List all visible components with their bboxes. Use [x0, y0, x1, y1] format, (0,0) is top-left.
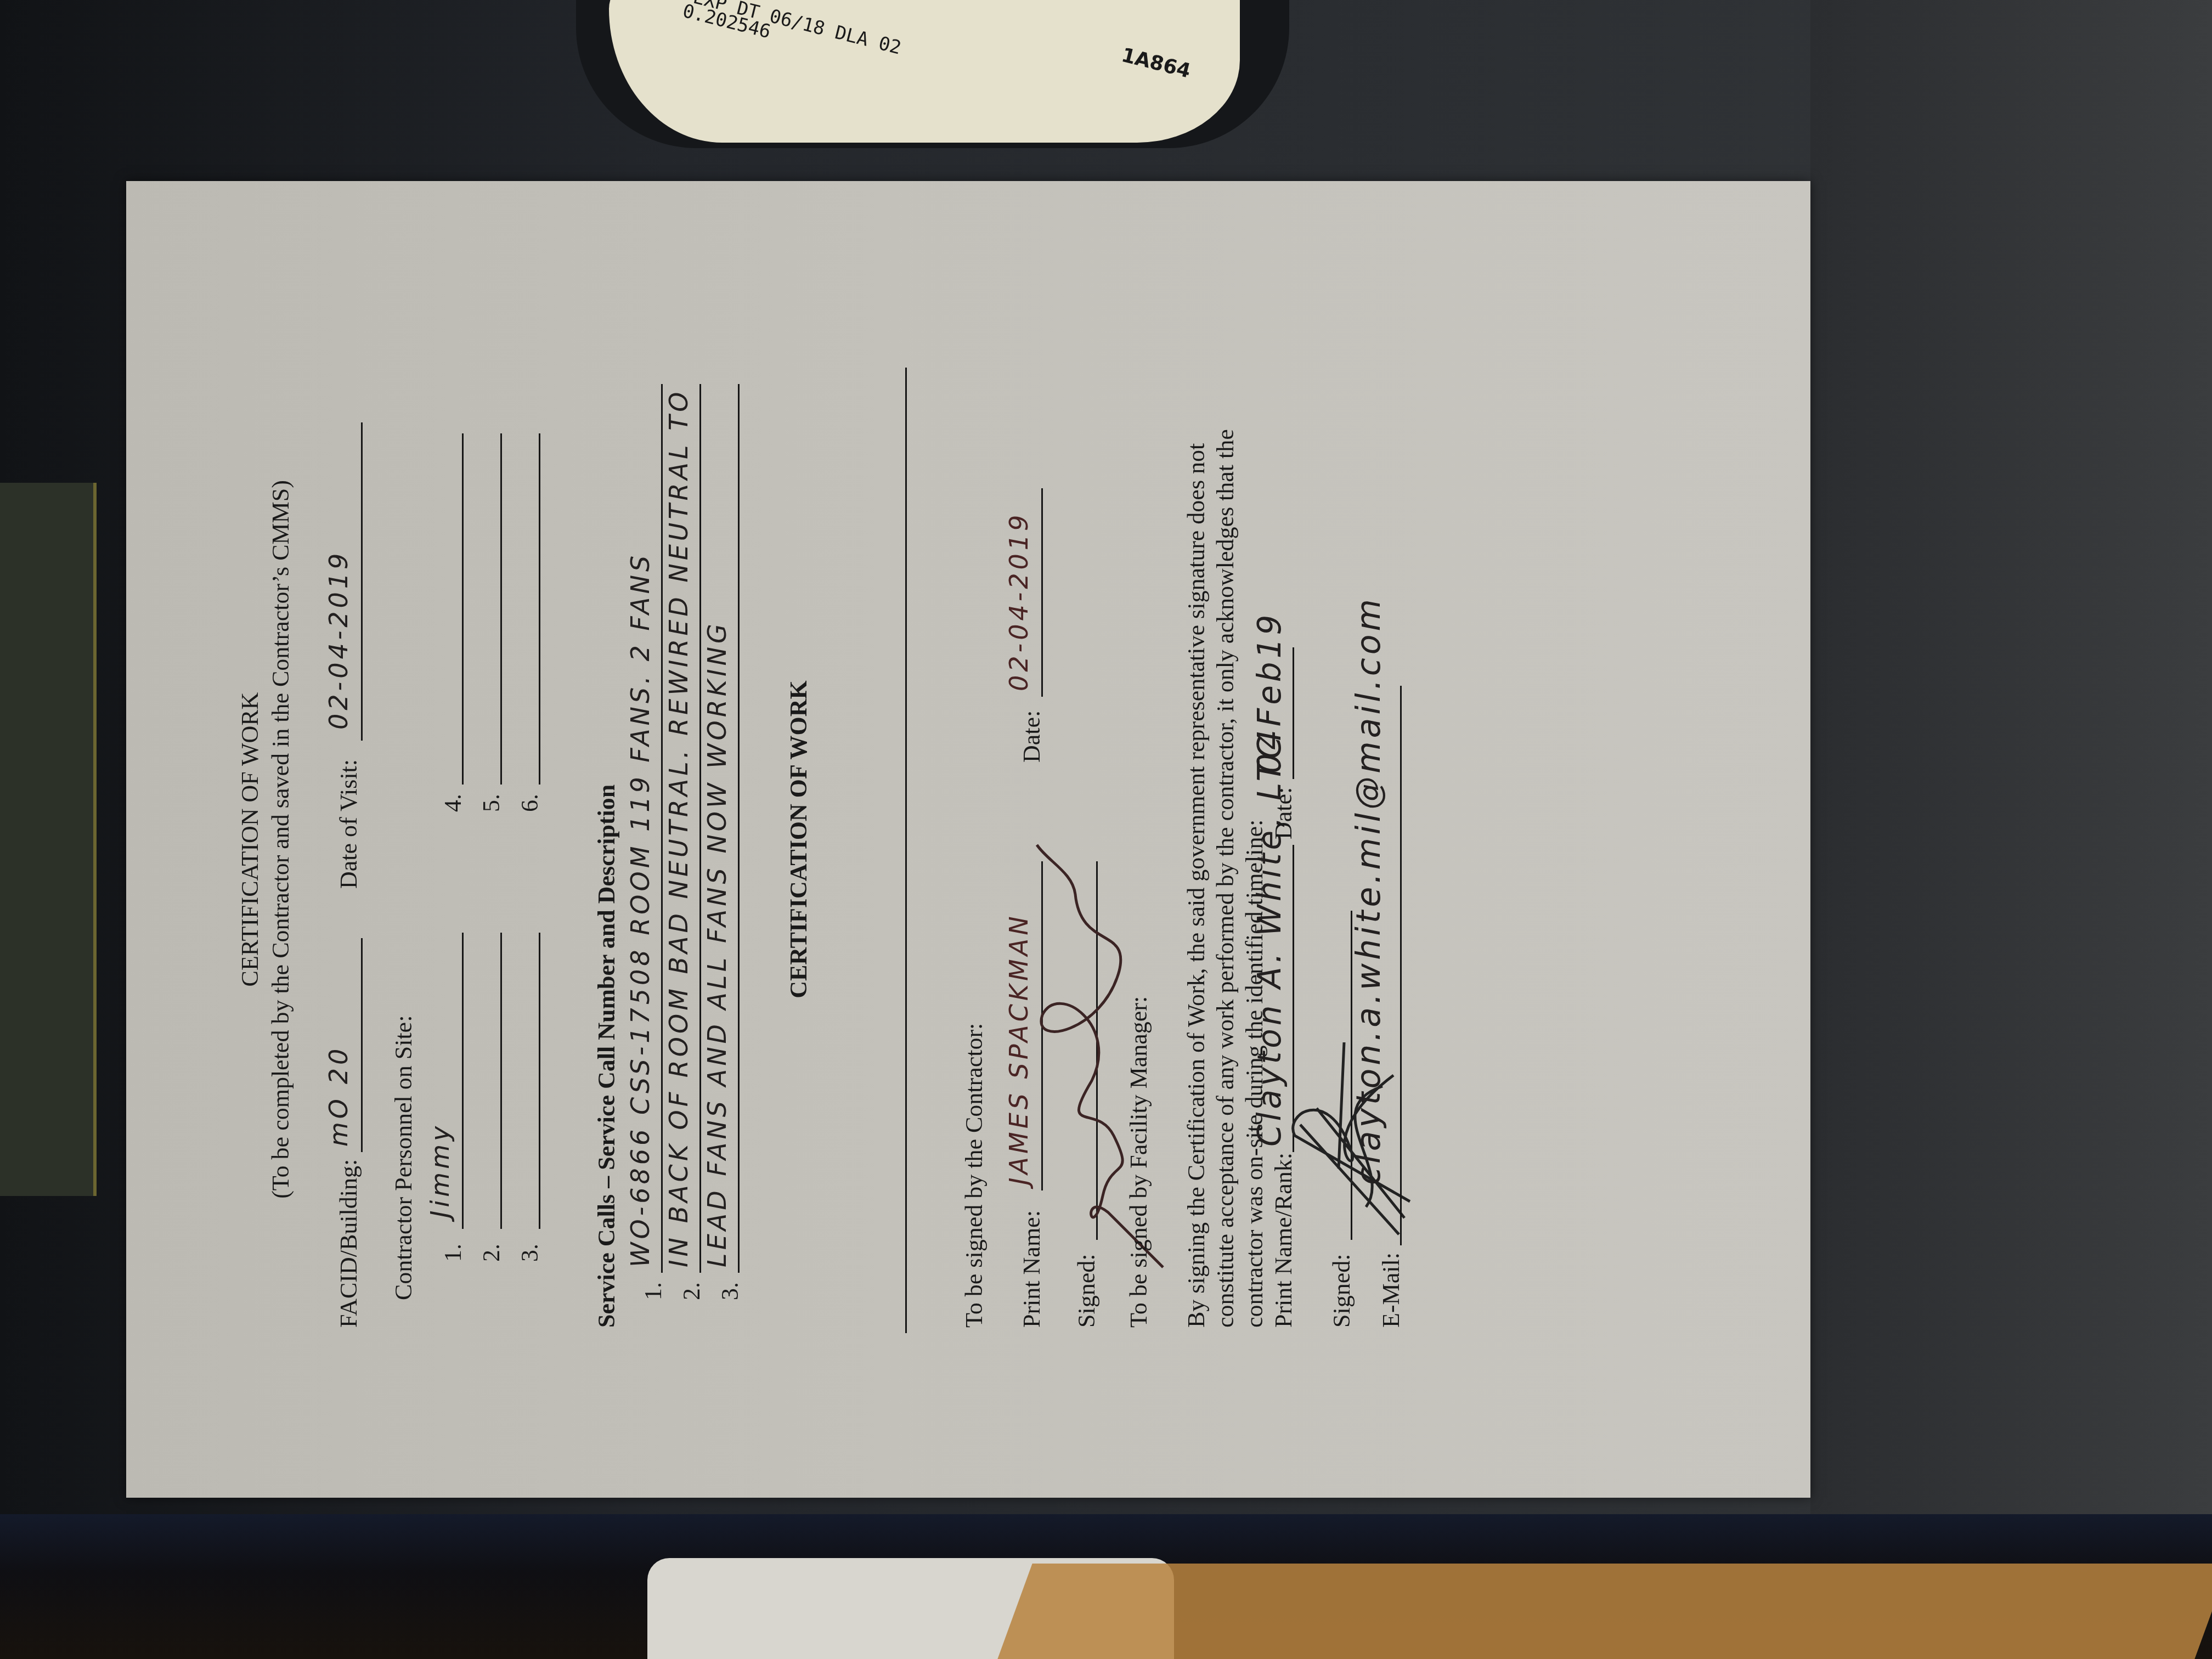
service-calls-heading: Service Calls – Service Call Number and … — [592, 785, 620, 1328]
fm-email-label: E-Mail: — [1377, 1252, 1405, 1328]
personnel-num-2: 2. — [477, 1244, 505, 1262]
personnel-label: Contractor Personnel on Site: — [390, 1015, 417, 1300]
disclaimer-line-2: constitute acceptance of any work perfor… — [1211, 429, 1239, 1328]
contractor-date-underline — [1041, 488, 1043, 697]
service-call-line-2 — [699, 384, 701, 1273]
service-call-num-3: 3. — [716, 1282, 744, 1300]
facid-value[interactable]: mO 20 — [324, 1046, 353, 1147]
personnel-name-1[interactable]: Jimmy — [425, 1123, 455, 1218]
personnel-num-3: 3. — [516, 1244, 544, 1262]
personnel-line-6[interactable] — [539, 433, 540, 785]
contractor-section-label: To be signed by the Contractor: — [960, 1023, 988, 1328]
personnel-num-1: 1. — [439, 1244, 467, 1262]
clipboard-label: 9000 EXP DT 06/18 DLA 02 0.202546 1A864 — [609, 0, 1240, 143]
service-call-num-2: 2. — [678, 1282, 706, 1300]
facility-section-label: To be signed by Facility Manager: — [1125, 996, 1153, 1328]
service-call-line-3 — [738, 384, 740, 1273]
personnel-line-5[interactable] — [500, 433, 502, 785]
fm-date-underline — [1293, 647, 1294, 779]
date-of-visit-value[interactable]: 02-04-2019 — [324, 550, 353, 730]
label-code: 1A864 — [1119, 44, 1193, 83]
personnel-num-5: 5. — [477, 794, 505, 812]
facid-label: FACID/Building: — [335, 1159, 363, 1328]
fm-date-label: Date: — [1269, 787, 1297, 839]
service-call-text-3[interactable]: LEAD FANS AND ALL FANS NOW WORKING — [702, 620, 732, 1267]
date-of-visit-underline — [361, 422, 363, 741]
facid-underline — [361, 938, 363, 1152]
fm-signed-label: Signed: — [1328, 1254, 1356, 1328]
personnel-line-4[interactable] — [462, 433, 464, 785]
wood-floor — [997, 1564, 2212, 1659]
service-call-text-2[interactable]: IN BACK OF ROOM BAD NEUTRAL. REWIRED NEU… — [664, 389, 693, 1268]
form-paper: CERTIFICATION OF WORK (To be completed b… — [126, 181, 1810, 1498]
clipboard-edge — [0, 483, 97, 1196]
personnel-num-4: 4. — [439, 794, 467, 812]
service-call-line-1 — [661, 384, 663, 1273]
fm-email-value[interactable]: clayton.a.white.mil@mail.com — [1350, 596, 1388, 1185]
section-divider — [905, 368, 907, 1333]
section-heading: CERTIFICATION OF WORK — [785, 181, 812, 1498]
form-page: CERTIFICATION OF WORK (To be completed b… — [126, 181, 1810, 1498]
contractor-date-label: Date: — [1018, 710, 1046, 763]
date-of-visit-label: Date of Visit: — [335, 759, 363, 889]
fm-email-underline — [1400, 686, 1402, 1245]
contractor-date-value[interactable]: 02-04-2019 — [1004, 512, 1034, 691]
service-call-text-1[interactable]: WO-6866 CSS-17508 ROOM 119 FANS. 2 FANS — [625, 552, 655, 1267]
service-call-num-1: 1. — [639, 1282, 667, 1300]
fm-date-value[interactable]: 04Feb19 — [1251, 612, 1288, 774]
table-surface — [1810, 0, 2212, 1659]
form-subtitle: (To be completed by the Contractor and s… — [267, 181, 295, 1498]
disclaimer-line-1: By signing the Certification of Work, th… — [1182, 443, 1210, 1328]
personnel-line-1 — [462, 933, 464, 1229]
personnel-line-2[interactable] — [500, 933, 502, 1229]
form-title: CERTIFICATION OF WORK — [236, 181, 264, 1498]
personnel-line-3[interactable] — [539, 933, 540, 1229]
personnel-num-6: 6. — [516, 794, 544, 812]
